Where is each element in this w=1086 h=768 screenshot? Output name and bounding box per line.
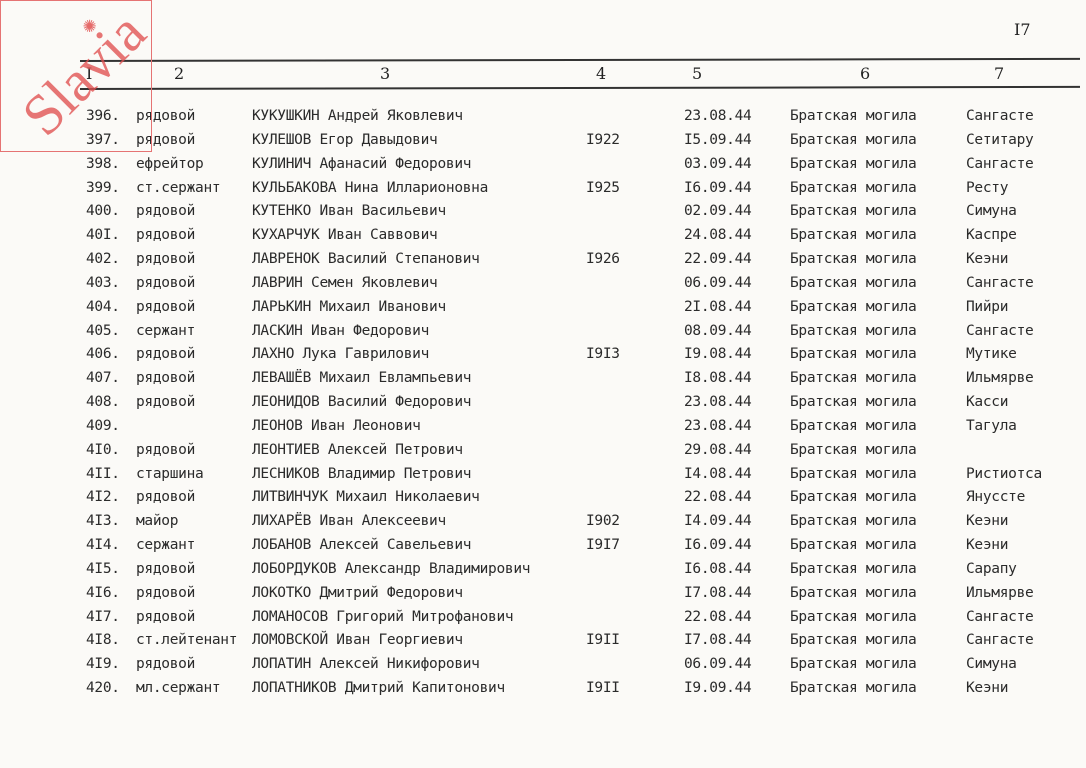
record-number: 420.: [86, 680, 120, 696]
record-number: 403.: [86, 275, 120, 291]
record-death-date: I6.09.44: [684, 180, 751, 196]
record-death-date: 06.09.44: [684, 275, 751, 291]
record-name: ЛАВРИН Семен Яковлевич: [252, 275, 437, 291]
record-number: 402.: [86, 251, 120, 267]
record-death-date: 29.08.44: [684, 442, 751, 458]
record-birth-year: I9I7: [586, 537, 620, 553]
table-row: 408.рядовойЛЕОНИДОВ Василий Федорович23.…: [0, 394, 1086, 418]
record-burial-place: Ристиотса: [966, 466, 1042, 482]
table-row: 4I7.рядовойЛОМАНОСОВ Григорий Митрофанов…: [0, 609, 1086, 633]
record-name: КУКУШКИН Андрей Яковлевич: [252, 108, 463, 124]
record-name: ЛЕОНТИЕВ Алексей Петрович: [252, 442, 463, 458]
record-number: 398.: [86, 156, 120, 172]
record-rank: рядовой: [136, 251, 195, 267]
record-burial-type: Братская могила: [790, 632, 916, 648]
record-name: КУЛЬБАКОВА Нина Илларионовна: [252, 180, 488, 196]
page-number: I7: [1014, 20, 1031, 39]
table-row: 4II.старшинаЛЕСНИКОВ Владимир ПетровичI4…: [0, 466, 1086, 490]
record-death-date: 2I.08.44: [684, 299, 751, 315]
record-rank: майор: [136, 513, 178, 529]
record-burial-place: Пийри: [966, 299, 1008, 315]
record-number: 4I3.: [86, 513, 120, 529]
column-header-date: 5: [692, 64, 702, 83]
table-row: 402.рядовойЛАВРЕНОК Василий СтепановичI9…: [0, 251, 1086, 275]
record-burial-type: Братская могила: [790, 227, 916, 243]
table-row: 4I9.рядовойЛОПАТИН Алексей Никифорович06…: [0, 656, 1086, 680]
record-death-date: 23.08.44: [684, 108, 751, 124]
record-burial-type: Братская могила: [790, 132, 916, 148]
record-burial-type: Братская могила: [790, 466, 916, 482]
record-death-date: I4.08.44: [684, 466, 751, 482]
record-rank: рядовой: [136, 609, 195, 625]
table-row: 4I5.рядовойЛОБОРДУКОВ Александр Владимир…: [0, 561, 1086, 585]
table-row: 4I3.майорЛИХАРЁВ Иван АлексеевичI902I4.0…: [0, 513, 1086, 537]
record-death-date: 23.08.44: [684, 394, 751, 410]
record-name: ЛАСКИН Иван Федорович: [252, 323, 429, 339]
record-burial-place: Сетитару: [966, 132, 1033, 148]
record-rank: старшина: [136, 466, 203, 482]
record-name: ЛИХАРЁВ Иван Алексеевич: [252, 513, 446, 529]
record-name: ЛОМОВСКОЙ Иван Георгиевич: [252, 632, 463, 648]
record-number: 407.: [86, 370, 120, 386]
table-row: 406.рядовойЛАХНО Лука ГавриловичI9I3I9.0…: [0, 346, 1086, 370]
record-burial-type: Братская могила: [790, 609, 916, 625]
table-row: 407.рядовойЛЕВАШЁВ Михаил ЕвлампьевичI8.…: [0, 370, 1086, 394]
record-name: КУЛИНИЧ Афанасий Федорович: [252, 156, 471, 172]
record-rank: рядовой: [136, 108, 195, 124]
record-burial-place: Симуна: [966, 203, 1017, 219]
record-rank: рядовой: [136, 346, 195, 362]
record-number: 4II.: [86, 466, 120, 482]
record-birth-year: I925: [586, 180, 620, 196]
record-number: 4I8.: [86, 632, 120, 648]
record-burial-type: Братская могила: [790, 656, 916, 672]
record-burial-type: Братская могила: [790, 680, 916, 696]
record-death-date: I6.08.44: [684, 561, 751, 577]
record-number: 4I9.: [86, 656, 120, 672]
record-burial-type: Братская могила: [790, 275, 916, 291]
record-number: 4I6.: [86, 585, 120, 601]
record-burial-place: Сангасте: [966, 275, 1033, 291]
header-rule-bottom: [80, 86, 1080, 90]
table-row: 4I4.сержантЛОБАНОВ Алексей СавельевичI9I…: [0, 537, 1086, 561]
record-burial-type: Братская могила: [790, 108, 916, 124]
record-burial-place: Тагула: [966, 418, 1017, 434]
record-name: ЛАВРЕНОК Василий Степанович: [252, 251, 480, 267]
record-burial-place: Симуна: [966, 656, 1017, 672]
record-death-date: I7.08.44: [684, 632, 751, 648]
record-death-date: I9.09.44: [684, 680, 751, 696]
record-number: 4I7.: [86, 609, 120, 625]
record-birth-year: I926: [586, 251, 620, 267]
record-rank: рядовой: [136, 203, 195, 219]
record-burial-place: Януссте: [966, 489, 1025, 505]
record-burial-place: Сангасте: [966, 156, 1033, 172]
table-row: 409.ЛЕОНОВ Иван Леонович23.08.44Братская…: [0, 418, 1086, 442]
record-burial-type: Братская могила: [790, 418, 916, 434]
record-burial-type: Братская могила: [790, 585, 916, 601]
record-name: КУТЕНКО Иван Васильевич: [252, 203, 446, 219]
record-burial-place: Ильмярве: [966, 370, 1033, 386]
record-birth-year: I9II: [586, 680, 620, 696]
column-header-place: 7: [994, 64, 1004, 83]
record-burial-place: Кеэни: [966, 537, 1008, 553]
record-death-date: I9.08.44: [684, 346, 751, 362]
record-number: 404.: [86, 299, 120, 315]
record-name: ЛАХНО Лука Гаврилович: [252, 346, 429, 362]
record-burial-place: Сангасте: [966, 609, 1033, 625]
record-name: ЛОКОТКО Дмитрий Федорович: [252, 585, 463, 601]
record-burial-type: Братская могила: [790, 251, 916, 267]
record-rank: сержант: [136, 537, 195, 553]
record-rank: рядовой: [136, 370, 195, 386]
record-burial-type: Братская могила: [790, 299, 916, 315]
record-birth-year: I9II: [586, 632, 620, 648]
record-death-date: 22.08.44: [684, 609, 751, 625]
record-burial-type: Братская могила: [790, 489, 916, 505]
table-row: 4I2.рядовойЛИТВИНЧУК Михаил Николаевич22…: [0, 489, 1086, 513]
table-row: 403.рядовойЛАВРИН Семен Яковлевич06.09.4…: [0, 275, 1086, 299]
record-name: КУЛЕШОВ Егор Давыдович: [252, 132, 437, 148]
record-number: 4I0.: [86, 442, 120, 458]
column-header-name: 3: [380, 64, 390, 83]
record-burial-place: Сангасте: [966, 108, 1033, 124]
record-name: ЛЕОНИДОВ Василий Федорович: [252, 394, 471, 410]
record-number: 409.: [86, 418, 120, 434]
table-row: 404.рядовойЛАРЬКИН Михаил Иванович2I.08.…: [0, 299, 1086, 323]
table-row: 399.ст.сержантКУЛЬБАКОВА Нина Илларионов…: [0, 180, 1086, 204]
record-burial-place: Кеэни: [966, 513, 1008, 529]
record-burial-place: Каспре: [966, 227, 1017, 243]
column-header-number: I: [86, 64, 92, 83]
record-burial-place: Кеэни: [966, 680, 1008, 696]
table-row: 397.рядовойКУЛЕШОВ Егор ДавыдовичI922I5.…: [0, 132, 1086, 156]
record-death-date: 24.08.44: [684, 227, 751, 243]
record-name: ЛОПАТНИКОВ Дмитрий Капитонович: [252, 680, 505, 696]
record-rank: рядовой: [136, 489, 195, 505]
record-burial-place: Ресту: [966, 180, 1008, 196]
record-number: 40I.: [86, 227, 120, 243]
record-birth-year: I9I3: [586, 346, 620, 362]
record-burial-place: Касси: [966, 394, 1008, 410]
sun-icon: ✺: [83, 13, 96, 38]
record-death-date: I6.09.44: [684, 537, 751, 553]
record-rank: сержант: [136, 323, 195, 339]
record-rank: ефрейтор: [136, 156, 203, 172]
record-burial-type: Братская могила: [790, 180, 916, 196]
record-death-date: 08.09.44: [684, 323, 751, 339]
table-row: 4I6.рядовойЛОКОТКО Дмитрий ФедоровичI7.0…: [0, 585, 1086, 609]
record-burial-place: Кеэни: [966, 251, 1008, 267]
record-rank: рядовой: [136, 656, 195, 672]
record-birth-year: I902: [586, 513, 620, 529]
record-number: 4I4.: [86, 537, 120, 553]
record-death-date: I7.08.44: [684, 585, 751, 601]
table-row: 420.мл.сержантЛОПАТНИКОВ Дмитрий Капитон…: [0, 680, 1086, 704]
column-header-year: 4: [596, 64, 606, 83]
record-number: 4I2.: [86, 489, 120, 505]
record-number: 406.: [86, 346, 120, 362]
record-birth-year: I922: [586, 132, 620, 148]
record-name: ЛЕОНОВ Иван Леонович: [252, 418, 421, 434]
record-rank: рядовой: [136, 561, 195, 577]
record-death-date: 22.08.44: [684, 489, 751, 505]
record-name: ЛИТВИНЧУК Михаил Николаевич: [252, 489, 480, 505]
record-rank: ст.сержант: [136, 180, 220, 196]
record-burial-place: Ильмярве: [966, 585, 1033, 601]
record-burial-type: Братская могила: [790, 203, 916, 219]
header-rule-top: [80, 58, 1080, 62]
record-number: 405.: [86, 323, 120, 339]
record-name: ЛОБАНОВ Алексей Савельевич: [252, 537, 471, 553]
record-name: ЛОПАТИН Алексей Никифорович: [252, 656, 480, 672]
table-row: 4I0.рядовойЛЕОНТИЕВ Алексей Петрович29.0…: [0, 442, 1086, 466]
column-header-rank: 2: [174, 64, 184, 83]
record-death-date: 03.09.44: [684, 156, 751, 172]
record-death-date: 23.08.44: [684, 418, 751, 434]
record-burial-type: Братская могила: [790, 156, 916, 172]
record-death-date: I5.09.44: [684, 132, 751, 148]
record-name: КУХАРЧУК Иван Саввович: [252, 227, 437, 243]
record-rank: рядовой: [136, 227, 195, 243]
record-number: 397.: [86, 132, 120, 148]
record-rank: рядовой: [136, 275, 195, 291]
record-number: 4I5.: [86, 561, 120, 577]
record-rank: рядовой: [136, 585, 195, 601]
record-name: ЛОБОРДУКОВ Александр Владимирович: [252, 561, 530, 577]
table-row: 405.сержантЛАСКИН Иван Федорович08.09.44…: [0, 323, 1086, 347]
record-name: ЛОМАНОСОВ Григорий Митрофанович: [252, 609, 513, 625]
record-rank: мл.сержант: [136, 680, 220, 696]
record-number: 400.: [86, 203, 120, 219]
record-burial-place: Сарапу: [966, 561, 1017, 577]
record-number: 408.: [86, 394, 120, 410]
column-header-burial: 6: [860, 64, 870, 83]
record-burial-place: Сангасте: [966, 632, 1033, 648]
table-row: 396.рядовойКУКУШКИН Андрей Яковлевич23.0…: [0, 108, 1086, 132]
record-name: ЛЕВАШЁВ Михаил Евлампьевич: [252, 370, 471, 386]
record-number: 396.: [86, 108, 120, 124]
record-death-date: 06.09.44: [684, 656, 751, 672]
table-row: 400.рядовойКУТЕНКО Иван Васильевич02.09.…: [0, 203, 1086, 227]
record-death-date: 22.09.44: [684, 251, 751, 267]
record-death-date: I8.08.44: [684, 370, 751, 386]
record-rank: рядовой: [136, 132, 195, 148]
record-name: ЛАРЬКИН Михаил Иванович: [252, 299, 446, 315]
record-rank: рядовой: [136, 442, 195, 458]
record-burial-place: Мутике: [966, 346, 1017, 362]
record-burial-place: Сангасте: [966, 323, 1033, 339]
table-row: 398.ефрейторКУЛИНИЧ Афанасий Федорович03…: [0, 156, 1086, 180]
table-row: 40I.рядовойКУХАРЧУК Иван Саввович24.08.4…: [0, 227, 1086, 251]
record-burial-type: Братская могила: [790, 394, 916, 410]
record-name: ЛЕСНИКОВ Владимир Петрович: [252, 466, 471, 482]
record-burial-type: Братская могила: [790, 442, 916, 458]
record-death-date: 02.09.44: [684, 203, 751, 219]
record-burial-type: Братская могила: [790, 561, 916, 577]
record-rank: рядовой: [136, 299, 195, 315]
record-burial-type: Братская могила: [790, 537, 916, 553]
record-death-date: I4.09.44: [684, 513, 751, 529]
record-burial-type: Братская могила: [790, 346, 916, 362]
record-burial-type: Братская могила: [790, 323, 916, 339]
record-rank: ст.лейтенант: [136, 632, 237, 648]
record-number: 399.: [86, 180, 120, 196]
record-burial-type: Братская могила: [790, 370, 916, 386]
record-rank: рядовой: [136, 394, 195, 410]
table-row: 4I8.ст.лейтенантЛОМОВСКОЙ Иван Георгиеви…: [0, 632, 1086, 656]
record-burial-type: Братская могила: [790, 513, 916, 529]
